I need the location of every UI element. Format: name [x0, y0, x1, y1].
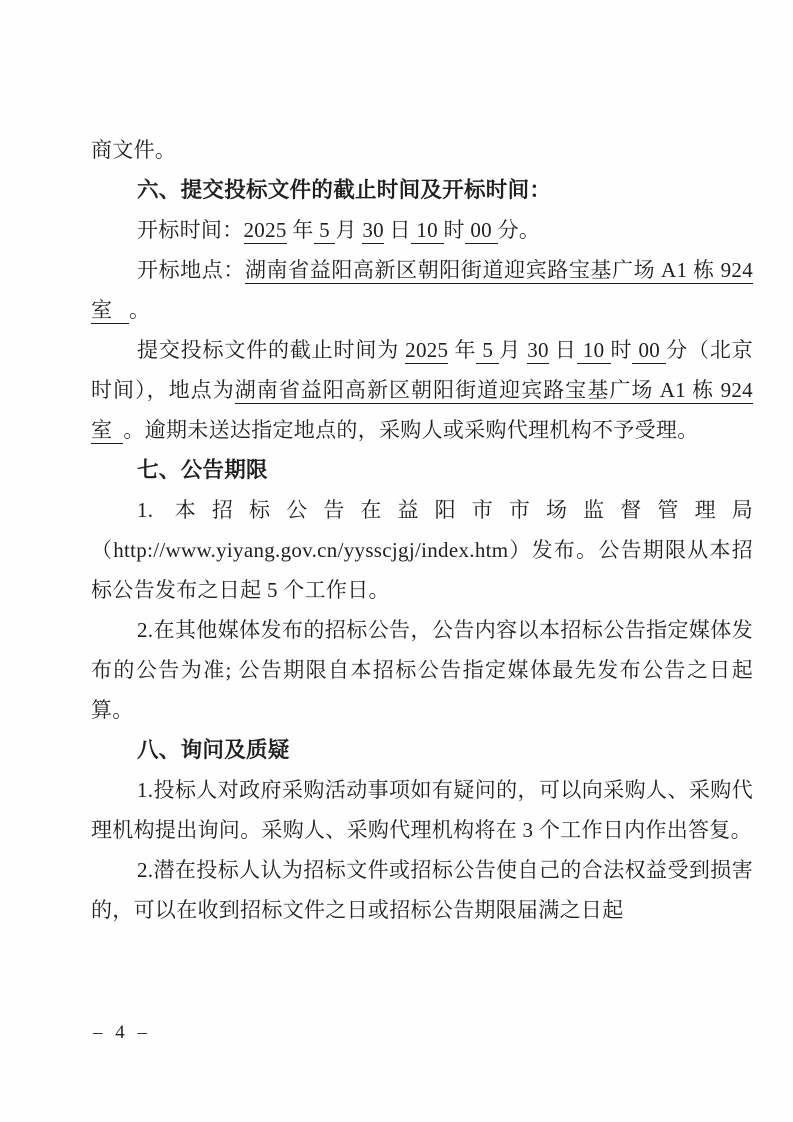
text-run: 开标时间： — [137, 218, 244, 242]
text-run: 时 — [444, 218, 465, 242]
text-run: 2.在其他媒体发布的招标公告，公告内容以本招标公告指定媒体发布的公告为准; 公告… — [91, 618, 753, 722]
underlined-field: 5 — [476, 338, 499, 364]
text-run: 商文件。 — [91, 138, 176, 162]
text-run: 分。 — [498, 218, 541, 242]
underlined-field: 10 — [411, 218, 444, 244]
section-heading: 六、提交投标文件的截止时间及开标时间： — [91, 170, 753, 210]
text-run: 月 — [335, 218, 362, 242]
page-number: – 4 – — [93, 1022, 151, 1044]
paragraph: 提交投标文件的截止时间为 2025 年 5 月 30 日 10 时 00 分（北… — [91, 330, 753, 450]
section-heading: 八、询问及质疑 — [91, 730, 753, 770]
text-run: 2.潜在投标人认为招标文件或招标公告使自己的合法权益受到损害的，可以在收到招标文… — [91, 858, 753, 922]
paragraph: 商文件。 — [91, 130, 753, 170]
text-run: 六、提交投标文件的截止时间及开标时间： — [137, 178, 551, 202]
underlined-field: 30 — [527, 338, 549, 364]
paragraph: 1. 本招标公告在益阳市市场监督管理局（http://www.yiyang.go… — [91, 490, 753, 610]
text-run: 提交投标文件的截止时间为 — [137, 338, 405, 362]
section-heading: 七、公告期限 — [91, 450, 753, 490]
text-run: 日 — [549, 338, 577, 362]
text-run: 。 — [129, 298, 150, 322]
text-run: 八、询问及质疑 — [137, 738, 290, 762]
underlined-field: 2025 — [405, 338, 448, 364]
paragraph: 2.潜在投标人认为招标文件或招标公告使自己的合法权益受到损害的，可以在收到招标文… — [91, 850, 753, 930]
underlined-field: 30 — [362, 218, 384, 244]
text-run: 1. 本招标公告在益阳市市场监督管理局 — [137, 498, 753, 522]
paragraph: 2.在其他媒体发布的招标公告，公告内容以本招标公告指定媒体发布的公告为准; 公告… — [91, 610, 753, 730]
text-run: 1.投标人对政府采购活动事项如有疑问的，可以向采购人、采购代理机构提出询问。采购… — [91, 778, 753, 842]
text-run: 月 — [499, 338, 527, 362]
paragraph: 开标时间：2025 年 5 月 30 日 10 时 00 分。 — [91, 210, 753, 250]
text-run: 年 — [287, 218, 314, 242]
text-run: 。逾期未送达指定地点的，采购人或采购代理机构不予受理。 — [123, 418, 698, 442]
paragraph: 1.投标人对政府采购活动事项如有疑问的，可以向采购人、采购代理机构提出询问。采购… — [91, 770, 753, 850]
underlined-field: 5 — [314, 218, 336, 244]
text-run: 时 — [611, 338, 633, 362]
underlined-field: 00 — [465, 218, 498, 244]
text-run: 开标地点： — [137, 258, 245, 282]
document-body: 商文件。六、提交投标文件的截止时间及开标时间：开标时间：2025 年 5 月 3… — [91, 130, 753, 930]
text-run: 七、公告期限 — [137, 458, 268, 482]
underlined-field: 2025 — [244, 218, 287, 244]
document-page: 商文件。六、提交投标文件的截止时间及开标时间：开标时间：2025 年 5 月 3… — [0, 0, 793, 1122]
text-run: 日 — [384, 218, 411, 242]
text-run: 年 — [448, 338, 476, 362]
underlined-field: 00 — [632, 338, 666, 364]
paragraph: 开标地点：湖南省益阳高新区朝阳街道迎宾路宝基广场 A1 栋 924 室 。 — [91, 250, 753, 330]
underlined-field: 10 — [577, 338, 611, 364]
text-run: （http://www.yiyang.gov.cn/yysscjgj/index… — [91, 538, 532, 562]
